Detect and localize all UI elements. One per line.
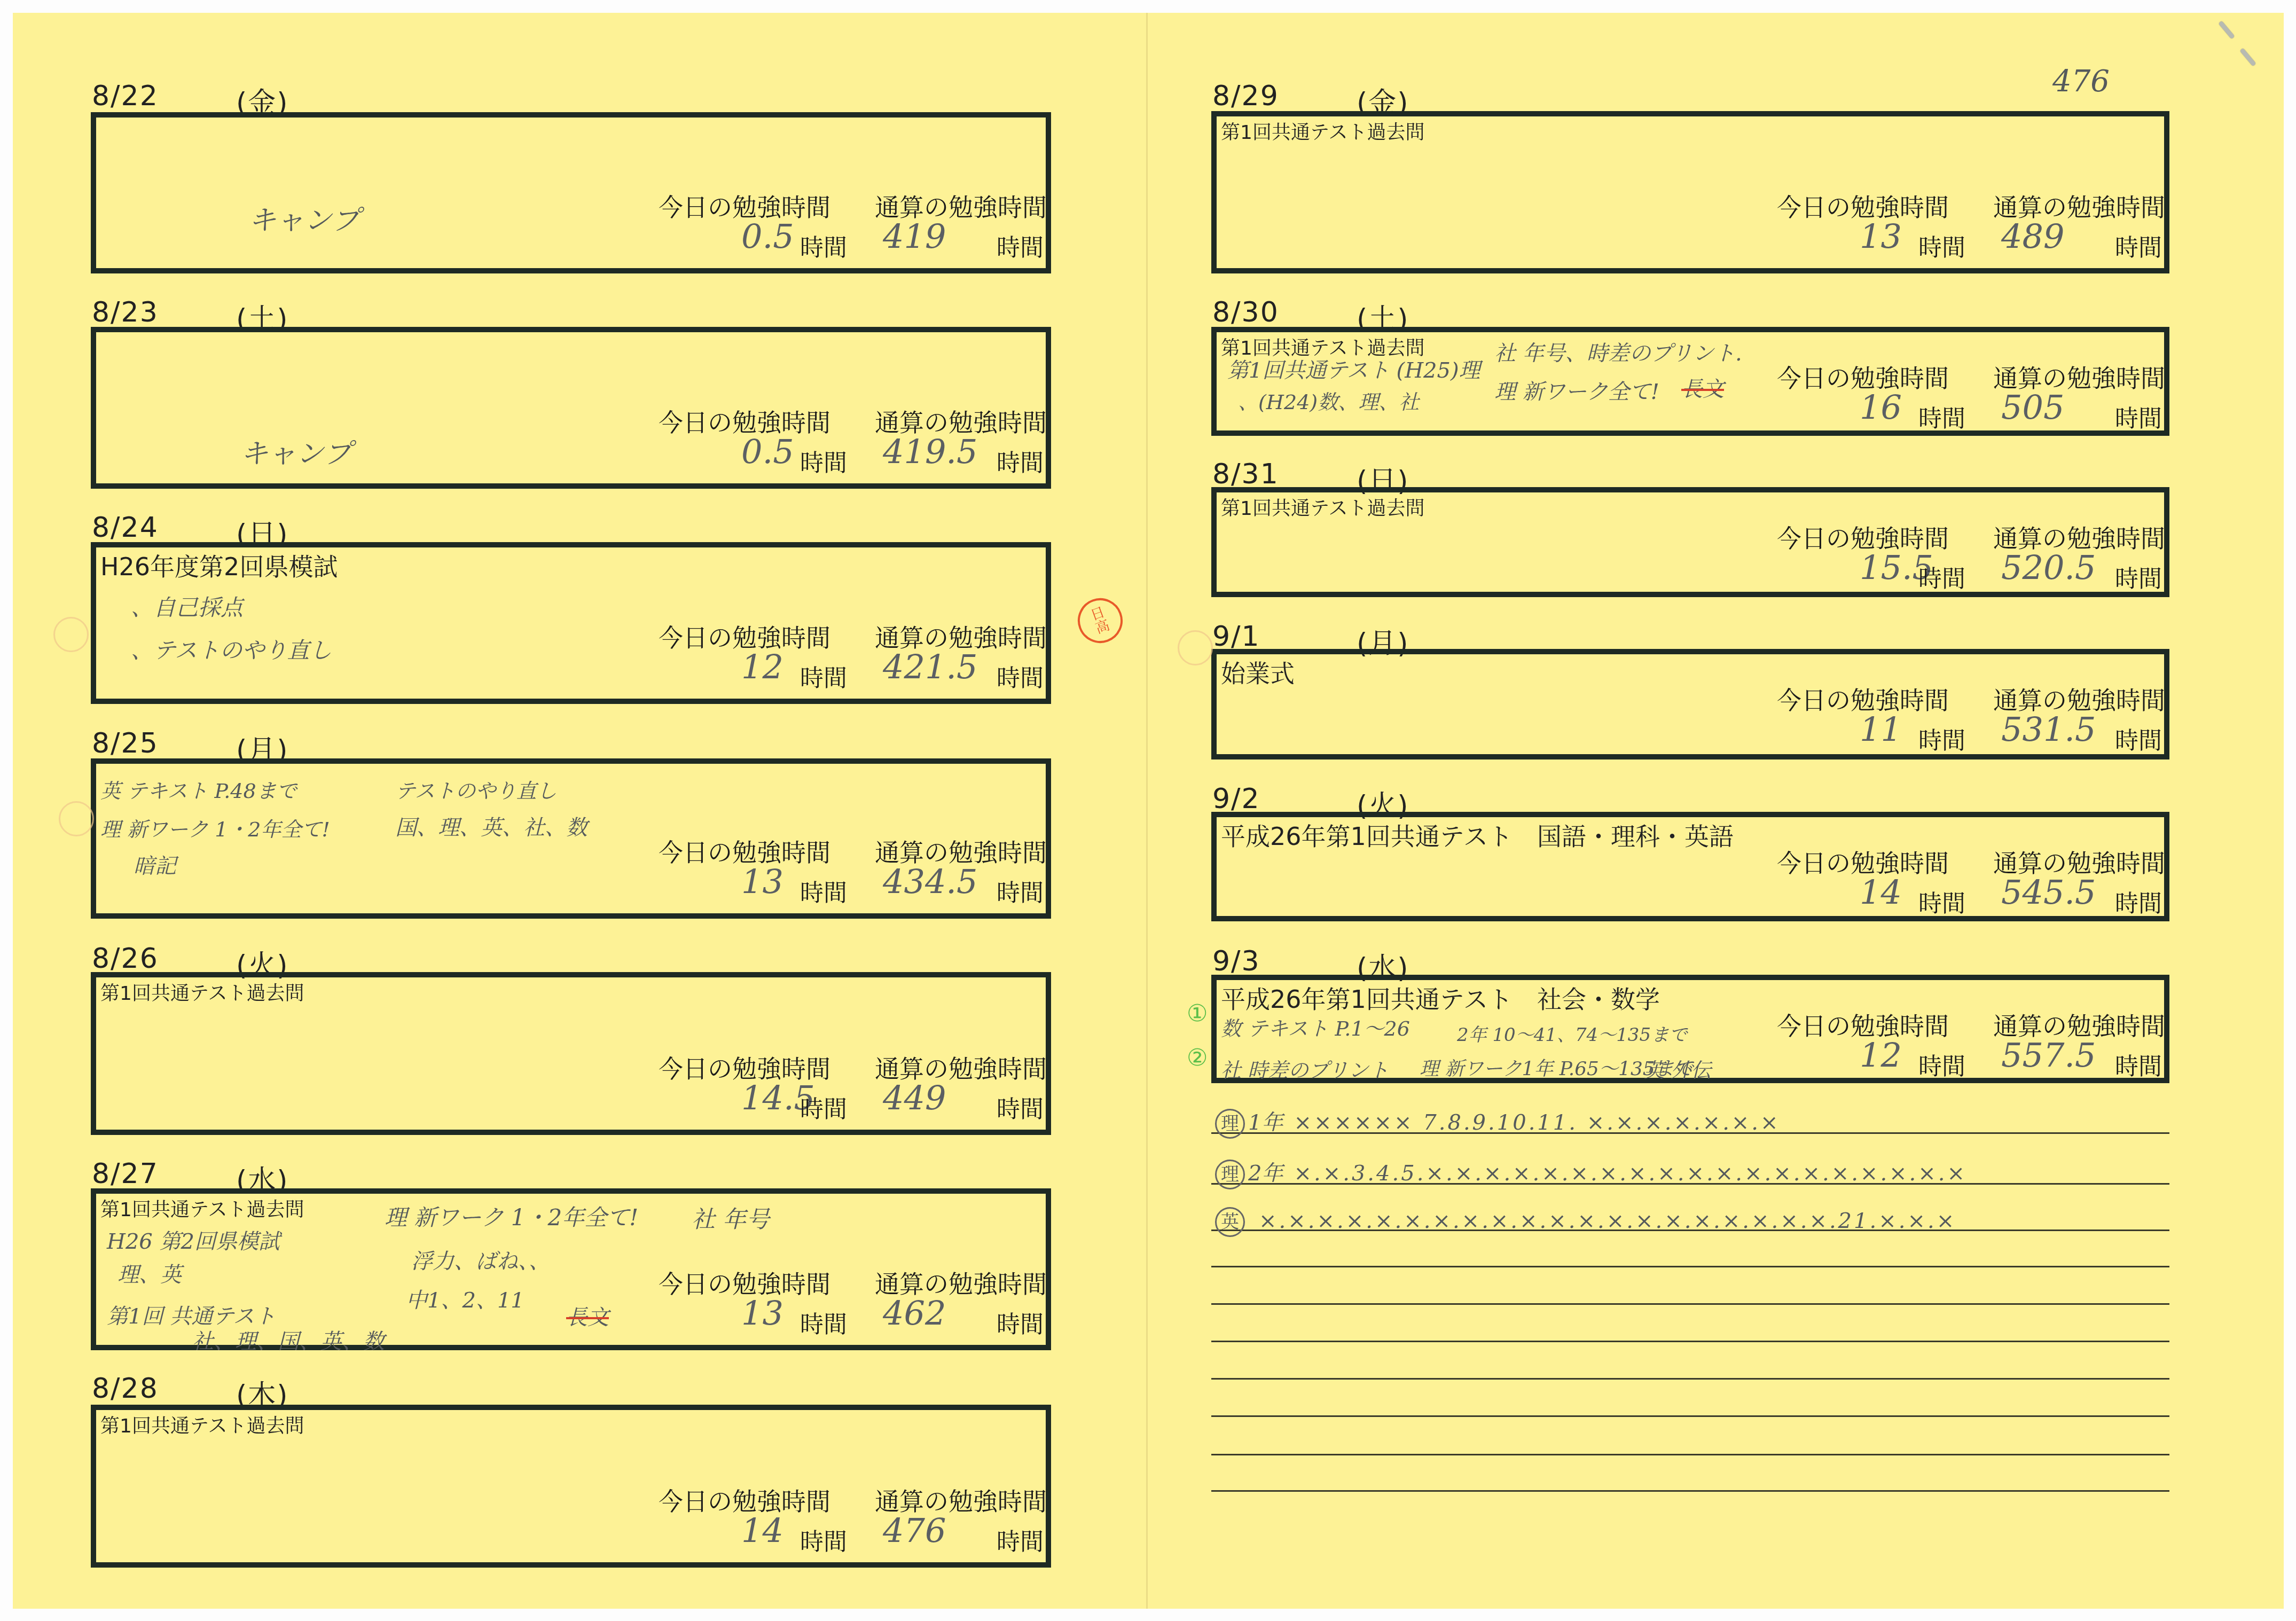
date-header: 8/31(日) [1212, 458, 1279, 490]
total-hours-value: 419 [883, 217, 946, 256]
total-hours-unit: 時間 [997, 874, 1044, 908]
printed-event: 平成26年第1回共通テスト 社会・数学 [1221, 980, 1660, 1015]
today-hours-unit: 時間 [800, 1090, 847, 1124]
date-text: 8/30 [1212, 296, 1279, 328]
today-hours-unit: 時間 [1918, 884, 1965, 919]
handwritten-note: 理 新ワーク 1・2年全て! [385, 1200, 638, 1232]
ruled-line [1211, 1378, 2169, 1380]
date-text: 8/23 [92, 296, 159, 328]
day-entry-box: 第1回共通テスト過去問今日の勉強時間通算の勉強時間14時間476時間 [91, 1405, 1051, 1568]
date-text: 8/25 [92, 727, 159, 759]
checklist-items: ×××××× 7.8.9.10.11. ×.×.×.×.×.×.× [1294, 1110, 1780, 1135]
printed-event: 第1回共通テスト過去問 [1221, 118, 1424, 145]
total-hours-unit: 時間 [997, 659, 1044, 693]
day-entry-box: 平成26年第1回共通テスト 国語・理科・英語今日の勉強時間通算の勉強時間14時間… [1211, 812, 2169, 921]
handwritten-note: 英 外伝 [1644, 1054, 1711, 1083]
handwritten-note: キャンプ [248, 198, 359, 238]
checklist-items: ×.×.×.×.×.×.×.×.×.×.×.×.×.×.×.×.×.×.×.×.… [1259, 1209, 1956, 1233]
day-entry-box: 今日の勉強時間通算の勉強時間0.5時間419.5時間キャンプ [91, 327, 1051, 489]
center-fold [1146, 13, 1148, 1609]
total-hours-unit: 時間 [2115, 229, 2162, 263]
today-hours-value: 12 [741, 647, 783, 686]
today-hours-unit: 時間 [1918, 1047, 1965, 1082]
today-hours-unit: 時間 [1918, 400, 1965, 434]
today-hours-unit: 時間 [1918, 560, 1965, 594]
handwritten-note: 中1、2、11 [406, 1283, 524, 1314]
handwritten-note: キャンプ [240, 431, 351, 471]
today-hours-value: 11 [1860, 710, 1902, 749]
total-hours-unit: 時間 [2115, 560, 2162, 594]
total-hours-unit: 時間 [997, 1090, 1044, 1124]
handwritten-note: 英 テキスト P.48まで [100, 774, 297, 804]
total-hours-unit: 時間 [997, 444, 1044, 478]
total-hours-value: 419.5 [883, 432, 978, 471]
handwritten-note: 理、英 [117, 1258, 182, 1288]
today-hours-value: 12 [1860, 1036, 1902, 1075]
day-entry-box: 今日の勉強時間通算の勉強時間0.5時間419時間キャンプ [91, 112, 1051, 273]
date-text: 9/2 [1212, 783, 1260, 815]
handwritten-note: H26 第2回県模試 [107, 1225, 280, 1255]
today-hours-value: 0.5 [741, 217, 794, 256]
today-hours-unit: 時間 [800, 659, 847, 693]
total-hours-unit: 時間 [2115, 722, 2162, 756]
ruled-line [1211, 1266, 2169, 1267]
total-hours-value: 434.5 [883, 862, 978, 901]
date-header: 8/30(土) [1212, 296, 1279, 328]
total-hours-unit: 時間 [2115, 400, 2162, 434]
total-hours-value: 421.5 [883, 647, 978, 686]
date-header: 8/23(土) [92, 296, 159, 328]
handwritten-note: 第1回共通テスト (H25)理 [1227, 354, 1480, 384]
handwritten-note: 長文 [566, 1301, 609, 1331]
today-hours-value: 13 [741, 1294, 783, 1333]
total-hours-value: 462 [883, 1294, 946, 1333]
printed-event: H26年度第2回県模試 [100, 547, 338, 583]
date-header: 8/27(水) [92, 1158, 159, 1190]
total-hours-unit: 時間 [997, 1305, 1044, 1340]
printed-event: 始業式 [1221, 654, 1295, 690]
bleed-through-stamp [1178, 630, 1213, 665]
handwritten-note: 理 新ワーク全て! [1494, 375, 1659, 405]
ruled-line [1211, 1341, 2169, 1342]
day-entry-box: 始業式今日の勉強時間通算の勉強時間11時間531.5時間 [1211, 649, 2169, 759]
checklist-row: 理2年×.×.3.4.5.×.×.×.×.×.×.×.×.×.×.×.×.×.×… [1215, 1156, 1967, 1189]
handwritten-note: 暗記 [134, 849, 176, 880]
checklist-items: ×.×.3.4.5.×.×.×.×.×.×.×.×.×.×.×.×.×.×.×.… [1294, 1161, 1967, 1186]
date-text: 8/26 [92, 943, 159, 975]
subject-circle: 英 [1215, 1207, 1245, 1237]
handwritten-note: 数 テキスト P.1〜26 [1221, 1012, 1410, 1041]
date-header: 9/3(水) [1212, 945, 1260, 977]
ruled-line [1211, 1415, 2169, 1417]
today-hours-unit: 時間 [1918, 229, 1965, 263]
date-header: 8/22(金) [92, 80, 159, 112]
date-text: 8/31 [1212, 458, 1279, 490]
date-header: 9/2(火) [1212, 783, 1260, 815]
total-hours-unit: 時間 [2115, 884, 2162, 919]
bleed-through-stamp [53, 617, 89, 652]
checklist-grade: 1年 [1248, 1110, 1283, 1135]
total-hours-value: 531.5 [2001, 710, 2096, 749]
ruled-line [1211, 1490, 2169, 1492]
total-hours-unit: 時間 [997, 229, 1044, 263]
today-hours-value: 14 [741, 1511, 783, 1550]
handwritten-note: 浮力、ばね、、 [411, 1244, 550, 1275]
date-text: 8/22 [92, 80, 159, 112]
subject-circle: 理 [1215, 1160, 1245, 1189]
date-header: 8/25(月) [92, 727, 159, 759]
total-hours-unit: 時間 [2115, 1047, 2162, 1082]
checklist-row: 英×.×.×.×.×.×.×.×.×.×.×.×.×.×.×.×.×.×.×.×… [1215, 1207, 1956, 1237]
today-hours-unit: 時間 [800, 1305, 847, 1340]
total-hours-unit: 時間 [997, 1523, 1044, 1557]
printed-event: 第1回共通テスト過去問 [100, 1195, 304, 1222]
total-hours-value: 505 [2001, 388, 2064, 427]
today-hours-value: 0.5 [741, 432, 794, 471]
day-entry-box: 第1回共通テスト過去問今日の勉強時間通算の勉強時間15.5時間520.5時間 [1211, 487, 2169, 597]
subject-circle: 理 [1215, 1109, 1245, 1139]
handwritten-note: 社 時差のプリント [1221, 1054, 1389, 1083]
today-hours-value: 13 [741, 862, 783, 901]
handwritten-note: テストのやり直し [395, 774, 557, 804]
checklist-row: 理1年×××××× 7.8.9.10.11. ×.×.×.×.×.×.× [1215, 1106, 1781, 1139]
bleed-through-stamp [59, 801, 94, 836]
day-entry-box: 第1回共通テスト過去問今日の勉強時間通算の勉強時間16時間505時間第1回共通テ… [1211, 327, 2169, 436]
today-hours-unit: 時間 [800, 1523, 847, 1557]
margin-mark-2: ② [1187, 1044, 1208, 1071]
date-text: 8/27 [92, 1158, 159, 1190]
date-header: 8/29(金) [1212, 80, 1279, 112]
date-text: 8/29 [1212, 80, 1279, 112]
printed-event: 平成26年第1回共通テスト 国語・理科・英語 [1221, 817, 1734, 852]
total-hours-value: 545.5 [2001, 873, 2096, 912]
date-text: 9/1 [1212, 621, 1260, 653]
today-hours-value: 16 [1860, 388, 1902, 427]
handwritten-note: 社 年号 [692, 1200, 770, 1234]
total-hours-value: 489 [2001, 217, 2064, 256]
handwritten-note: 、(H24)数、理、社 [1238, 386, 1419, 415]
total-hours-value: 557.5 [2001, 1036, 2096, 1075]
today-hours-unit: 時間 [800, 229, 847, 263]
printed-event: 第1回共通テスト過去問 [100, 1411, 304, 1438]
date-text: 8/24 [92, 512, 159, 544]
ruled-line [1211, 1454, 2169, 1455]
date-header: 9/1(月) [1212, 621, 1260, 653]
handwritten-note: 2年 10〜41、74〜135まで [1457, 1020, 1687, 1046]
ruled-line [1211, 1303, 2169, 1305]
date-text: 9/3 [1212, 945, 1260, 977]
handwritten-note: 理 新ワーク 1・2年全て! [100, 813, 330, 842]
printed-event: 第1回共通テスト過去問 [1221, 494, 1424, 521]
date-header: 8/28(木) [92, 1373, 159, 1405]
handwritten-note: 国、理、英、社、数 [395, 811, 587, 841]
today-hours-value: 14 [1860, 873, 1902, 912]
handwritten-note: 社 年号、時差のプリント. [1494, 336, 1742, 367]
total-hours-value: 476 [883, 1511, 946, 1550]
today-hours-unit: 時間 [800, 444, 847, 478]
date-header: 8/26(火) [92, 943, 159, 975]
day-entry-box: 今日の勉強時間通算の勉強時間13時間434.5時間英 テキスト P.48まで理 … [91, 758, 1051, 919]
date-text: 8/28 [92, 1373, 159, 1405]
printed-event: 第1回共通テスト過去問 [100, 978, 304, 1006]
day-entry-box: H26年度第2回県模試今日の勉強時間通算の勉強時間12時間421.5時間、自己採… [91, 542, 1051, 704]
handwritten-note: 、テストのやり直し [131, 633, 332, 665]
checklist-grade: 2年 [1248, 1161, 1283, 1186]
day-entry-box: 第1回共通テスト過去問今日の勉強時間通算の勉強時間14.5時間449時間 [91, 972, 1051, 1135]
day-entry-box: 平成26年第1回共通テスト 社会・数学今日の勉強時間通算の勉強時間12時間557… [1211, 975, 2169, 1083]
today-hours-value: 13 [1860, 217, 1902, 256]
handwritten-note: 社、理、国、英、数 [192, 1325, 385, 1355]
today-hours-unit: 時間 [1918, 722, 1965, 756]
today-hours-unit: 時間 [800, 874, 847, 908]
margin-total-note: 476 [2052, 64, 2110, 99]
day-entry-box: 第1回共通テスト過去問今日の勉強時間通算の勉強時間13時間489時間 [1211, 111, 2169, 273]
date-header: 8/24(日) [92, 512, 159, 544]
handwritten-note: 、自己採点 [131, 590, 243, 622]
handwritten-note: 長文 [1681, 372, 1724, 403]
day-entry-box: 第1回共通テスト過去問今日の勉強時間通算の勉強時間13時間462時間H26 第2… [91, 1188, 1051, 1350]
total-hours-value: 520.5 [2001, 548, 2096, 587]
margin-mark-1: ① [1187, 1000, 1208, 1027]
total-hours-value: 449 [883, 1078, 946, 1117]
